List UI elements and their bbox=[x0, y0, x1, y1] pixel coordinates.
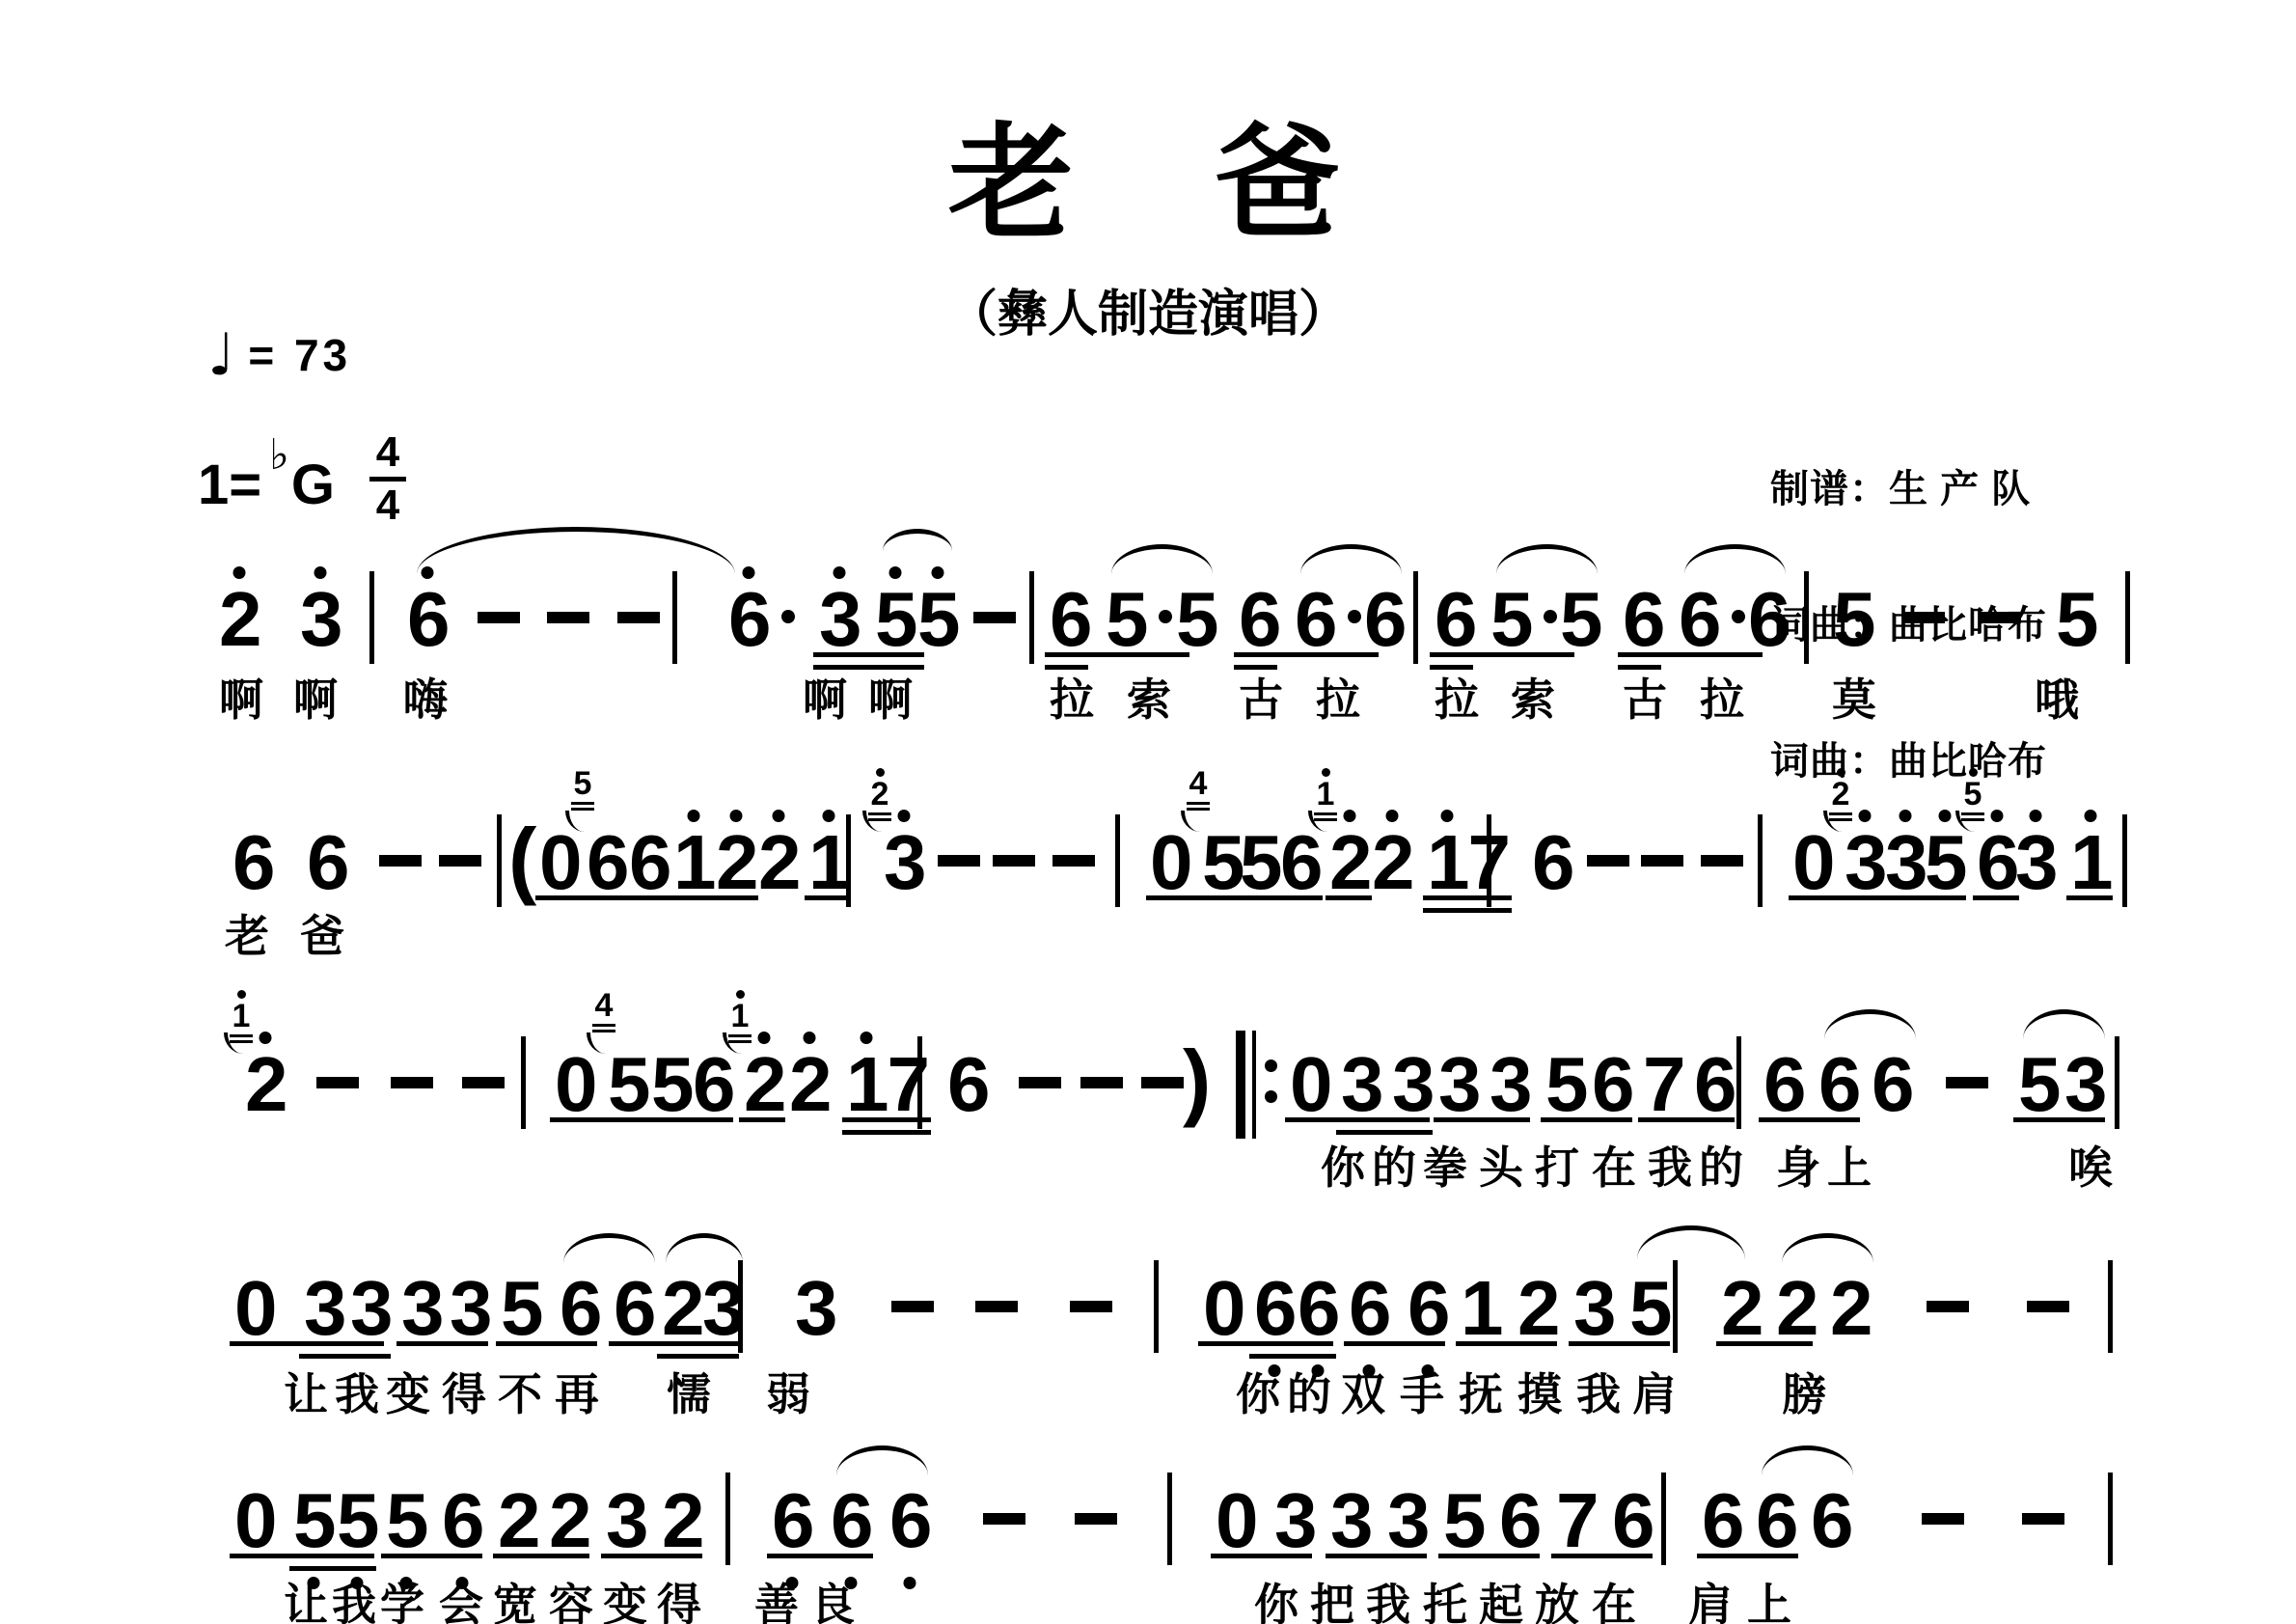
duration-dash bbox=[1070, 1301, 1112, 1312]
duration-dash bbox=[993, 855, 1035, 867]
barline bbox=[738, 1260, 743, 1353]
slur-tie-arc bbox=[836, 1445, 928, 1475]
beam-underline bbox=[1326, 1554, 1427, 1558]
slur-tie-arc bbox=[883, 529, 952, 551]
lyric-syllable: 啊 bbox=[293, 675, 338, 724]
note: 6 bbox=[1050, 581, 1091, 658]
duration-dash bbox=[1075, 1513, 1117, 1525]
note: 2 bbox=[219, 581, 260, 658]
duration-dash bbox=[2022, 1513, 2064, 1525]
duration-dash bbox=[316, 1077, 359, 1088]
beam-underline bbox=[1430, 652, 1574, 657]
lyric-syllable: 头 bbox=[1479, 1143, 1523, 1192]
lyric-syllable: 索 bbox=[1511, 675, 1555, 724]
note: 6 bbox=[1408, 1270, 1449, 1347]
barline bbox=[2122, 814, 2127, 907]
note: 3 bbox=[1573, 1270, 1615, 1347]
note: 6 bbox=[407, 581, 449, 658]
beam-underline bbox=[1438, 1554, 1540, 1558]
note: 1 bbox=[808, 824, 850, 901]
note: 1 bbox=[673, 824, 715, 901]
note: 6 bbox=[1763, 1046, 1805, 1123]
duration-dot bbox=[781, 610, 795, 623]
note: 0 bbox=[1290, 1046, 1331, 1123]
duration-dash bbox=[1080, 1077, 1123, 1088]
octave-dot-high bbox=[2030, 810, 2042, 822]
lyric-syllable: 托 bbox=[1423, 1581, 1467, 1624]
lyric-syllable: 古 bbox=[1239, 675, 1283, 724]
beam-underline bbox=[496, 1341, 597, 1346]
note: 32 bbox=[884, 824, 925, 901]
duration-dash bbox=[973, 612, 1016, 623]
duration-dash bbox=[1922, 1513, 1964, 1525]
octave-dot-high bbox=[834, 566, 846, 579]
beam-underline bbox=[601, 1554, 702, 1558]
beam-underline bbox=[1249, 1354, 1336, 1359]
note: 6 bbox=[560, 1270, 601, 1347]
beam-underline bbox=[1973, 895, 2019, 900]
note: 6 bbox=[1295, 581, 1336, 658]
duration-dash bbox=[983, 1513, 1025, 1525]
note: 3 bbox=[1341, 1046, 1382, 1123]
octave-dot-high bbox=[773, 810, 785, 822]
note: 5 bbox=[1833, 581, 1874, 658]
beam-underline bbox=[2066, 895, 2113, 900]
note: 6 bbox=[1239, 581, 1280, 658]
note: 6 bbox=[772, 1482, 813, 1559]
lyric-syllable: 我 bbox=[1576, 1370, 1621, 1418]
beam-underline bbox=[550, 1117, 646, 1122]
duration-dash bbox=[1587, 855, 1629, 867]
beam-underline bbox=[1045, 665, 1088, 670]
lyric-syllable: 善 bbox=[754, 1581, 799, 1624]
slur-tie-arc bbox=[1824, 1009, 1916, 1039]
note: 2 bbox=[662, 1270, 703, 1347]
note: 6 bbox=[232, 824, 274, 901]
duration-dash bbox=[391, 1077, 433, 1088]
slur-tie-arc bbox=[1762, 1445, 1853, 1475]
beam-underline bbox=[1045, 652, 1189, 657]
note: 3 bbox=[304, 1270, 345, 1347]
barline bbox=[2108, 1260, 2113, 1353]
lyric-syllable: 我 bbox=[1366, 1581, 1410, 1624]
duration-dash bbox=[1141, 1077, 1184, 1088]
slur-tie-arc bbox=[1300, 544, 1402, 574]
barline bbox=[1167, 1473, 1172, 1565]
barline bbox=[846, 814, 851, 907]
lyric-syllable: 上 bbox=[1827, 1143, 1872, 1192]
lyric-syllable: 会 bbox=[439, 1581, 483, 1624]
note: 2 bbox=[1517, 1270, 1559, 1347]
lyric-syllable: 你 bbox=[1236, 1370, 1280, 1418]
duration-dash bbox=[478, 612, 520, 623]
repeat-thick-bar bbox=[1236, 1031, 1245, 1139]
grace-note-number: 2 bbox=[871, 779, 889, 810]
lyric-syllable: 我 bbox=[1648, 1143, 1692, 1192]
lyric-syllable: 拳 bbox=[1423, 1143, 1467, 1192]
barline bbox=[1673, 1260, 1678, 1353]
octave-dot-high bbox=[804, 1032, 816, 1044]
note: 2 bbox=[1372, 824, 1413, 901]
lyric-syllable: 上 bbox=[1747, 1581, 1791, 1624]
note: 6 bbox=[1756, 1482, 1797, 1559]
note: 0 bbox=[1203, 1270, 1244, 1347]
note: 6 bbox=[1702, 1482, 1743, 1559]
beam-underline bbox=[625, 895, 714, 900]
lyric-syllable: 啊 bbox=[219, 675, 263, 724]
slur-tie-arc bbox=[563, 1233, 655, 1263]
note: 6 bbox=[629, 824, 670, 901]
note: 6 bbox=[614, 1270, 655, 1347]
note: 0 bbox=[1150, 824, 1191, 901]
grace-note-number: 4 bbox=[1189, 768, 1208, 799]
lyric-syllable: 嗨 bbox=[403, 675, 448, 724]
beam-underline bbox=[842, 1130, 931, 1135]
note: 6 bbox=[1280, 824, 1322, 901]
lyric-syllable: 啊 bbox=[803, 675, 847, 724]
note: 5 bbox=[1176, 581, 1217, 658]
beam-underline bbox=[1434, 1117, 1530, 1122]
note: 3 bbox=[2064, 1046, 2106, 1123]
octave-dot-low bbox=[904, 1577, 916, 1589]
note: 3 bbox=[819, 581, 861, 658]
note: 21 bbox=[1329, 824, 1371, 901]
octave-dot-high bbox=[260, 1032, 272, 1044]
beam-underline bbox=[1198, 1341, 1333, 1346]
octave-dot-high bbox=[823, 810, 835, 822]
lyric-syllable: 变 bbox=[603, 1581, 647, 1624]
grace-note-number: 5 bbox=[1964, 779, 1982, 810]
note: 5 bbox=[875, 581, 916, 658]
lyric-syllable: 得 bbox=[442, 1370, 486, 1418]
octave-dot-high bbox=[1939, 810, 1952, 822]
lyric-syllable: 爸 bbox=[300, 912, 344, 960]
note: 3 bbox=[300, 581, 342, 658]
octave-dot-high bbox=[233, 566, 246, 579]
note: 3 bbox=[401, 1270, 443, 1347]
duration-dash bbox=[975, 1301, 1018, 1312]
lyric-syllable: 懦 bbox=[667, 1370, 711, 1418]
beam-underline bbox=[1551, 1554, 1653, 1558]
lyric-syllable: 肩 bbox=[1688, 1581, 1733, 1624]
note: 6 bbox=[1254, 1270, 1296, 1347]
note: 6 bbox=[1872, 1046, 1913, 1123]
lyric-syllable: 打 bbox=[1535, 1143, 1579, 1192]
note: 2 bbox=[549, 1482, 590, 1559]
lyric-syllable: 学 bbox=[380, 1581, 424, 1624]
slur-tie-arc bbox=[1111, 544, 1213, 574]
beam-underline bbox=[1430, 665, 1473, 670]
note: 5 bbox=[337, 1482, 378, 1559]
note: 0 bbox=[234, 1270, 276, 1347]
beam-underline bbox=[1716, 1341, 1813, 1346]
slur-tie-arc bbox=[1637, 1225, 1745, 1259]
note: 0 bbox=[555, 1046, 596, 1123]
lyric-syllable: 我 bbox=[332, 1581, 376, 1624]
beam-underline bbox=[1211, 1554, 1312, 1558]
octave-dot-high bbox=[1900, 810, 1912, 822]
barline bbox=[521, 1036, 526, 1129]
grace-note-number: 1 bbox=[1317, 779, 1335, 810]
duration-dot bbox=[1348, 610, 1361, 623]
slur-tie-arc bbox=[1782, 1233, 1873, 1263]
barline bbox=[1029, 571, 1034, 664]
note: 6 bbox=[1818, 1046, 1860, 1123]
grace-beam bbox=[1187, 802, 1210, 805]
octave-dot-high bbox=[314, 566, 327, 579]
lyric-syllable: 把 bbox=[1310, 1581, 1354, 1624]
note: 3 bbox=[1438, 1046, 1480, 1123]
grace-beam bbox=[571, 802, 594, 805]
lyric-syllable: 抚 bbox=[1459, 1370, 1503, 1418]
note: 2 bbox=[789, 1046, 831, 1123]
beam-underline bbox=[1881, 895, 1966, 900]
beam-underline bbox=[813, 652, 924, 657]
lyric-syllable: 得 bbox=[657, 1581, 701, 1624]
note: 6 bbox=[1298, 1270, 1339, 1347]
note: 3 bbox=[1885, 824, 1927, 901]
barline bbox=[1154, 1260, 1159, 1353]
note: 54 bbox=[1202, 824, 1244, 901]
duration-dash bbox=[462, 1077, 505, 1088]
beam-underline bbox=[1618, 665, 1661, 670]
beam-underline bbox=[1423, 895, 1512, 900]
lyric-syllable: 拉 bbox=[1316, 675, 1360, 724]
duration-dash bbox=[547, 612, 589, 623]
note: 6 bbox=[1679, 581, 1720, 658]
barline bbox=[1487, 814, 1491, 907]
note: 2 bbox=[662, 1482, 703, 1559]
lyric-syllable: 的 bbox=[1699, 1143, 1743, 1192]
beam-underline bbox=[535, 895, 627, 900]
repeat-sign bbox=[1236, 1031, 1279, 1139]
lyric-syllable: 的 bbox=[1287, 1370, 1331, 1418]
beam-underline bbox=[230, 1341, 384, 1346]
note: 5 bbox=[1106, 581, 1147, 658]
barline bbox=[725, 1473, 730, 1565]
lyric-syllable: 拉 bbox=[1700, 675, 1744, 724]
note: 6 bbox=[1694, 1046, 1736, 1123]
barline bbox=[1661, 1473, 1666, 1565]
beam-underline bbox=[813, 665, 924, 670]
duration-dot bbox=[1732, 610, 1745, 623]
barline bbox=[1115, 814, 1120, 907]
note: 5 bbox=[1925, 824, 1966, 901]
note: 65 bbox=[1977, 824, 2018, 901]
parenthesis: ( bbox=[508, 816, 536, 901]
lyric-syllable: 拉 bbox=[1435, 675, 1479, 724]
lyric-syllable: 我 bbox=[335, 1370, 379, 1418]
note: 2 bbox=[1776, 1270, 1818, 1347]
octave-dot-high bbox=[758, 1032, 771, 1044]
note: 6 bbox=[1623, 581, 1664, 658]
beam-underline bbox=[2013, 1117, 2105, 1122]
beam-underline bbox=[657, 1354, 739, 1359]
note: 3 bbox=[1490, 1046, 1531, 1123]
note: 3 bbox=[350, 1270, 392, 1347]
repeat-thin-bar bbox=[1252, 1031, 1256, 1139]
lyric-syllable: 索 bbox=[1127, 675, 1171, 724]
beam-underline bbox=[381, 1554, 482, 1558]
note: 1 bbox=[2070, 824, 2112, 901]
slur-tie-arc bbox=[417, 527, 735, 574]
note: 3 bbox=[1274, 1482, 1316, 1559]
beam-underline bbox=[289, 1566, 376, 1571]
note: 5 bbox=[293, 1482, 335, 1559]
note: 21 bbox=[245, 1046, 287, 1123]
note: 6 bbox=[307, 824, 348, 901]
grace-note-number: 1 bbox=[232, 1001, 251, 1032]
beam-underline bbox=[739, 1117, 785, 1122]
duration-dash bbox=[1946, 1077, 1988, 1088]
lyric-syllable: 再 bbox=[555, 1370, 599, 1418]
beam-underline bbox=[1234, 652, 1379, 657]
lyric-syllable: 身 bbox=[1776, 1143, 1820, 1192]
duration-dash bbox=[1902, 612, 1945, 623]
repeat-dot bbox=[1265, 1090, 1277, 1103]
beam-underline bbox=[396, 1341, 488, 1346]
lyric-syllable: 唉 bbox=[2068, 1143, 2113, 1192]
beam-underline bbox=[1285, 1117, 1430, 1122]
beam-underline bbox=[1541, 1117, 1632, 1122]
note: 5 bbox=[1560, 581, 1601, 658]
lyric-syllable: 啊 bbox=[868, 675, 913, 724]
barline bbox=[1736, 1036, 1741, 1129]
note: 6 bbox=[889, 1482, 931, 1559]
lyric-syllable: 弱 bbox=[766, 1370, 810, 1418]
grace-note-number: 2 bbox=[1832, 779, 1850, 810]
note: 6 bbox=[1435, 581, 1476, 658]
beam-underline bbox=[1759, 1117, 1860, 1122]
slur-tie-arc bbox=[1684, 544, 1786, 574]
barline bbox=[2115, 1036, 2119, 1129]
note: 5 bbox=[651, 1046, 693, 1123]
beam-underline bbox=[1789, 895, 1885, 900]
note: 3 bbox=[2015, 824, 2057, 901]
note: 3 bbox=[606, 1482, 647, 1559]
duration-dash bbox=[439, 855, 481, 867]
beam-underline bbox=[1618, 652, 1763, 657]
lyric-syllable: 莫 bbox=[1832, 675, 1876, 724]
note: 6 bbox=[728, 581, 770, 658]
note: 5 bbox=[1545, 1046, 1587, 1123]
beam-underline bbox=[1326, 895, 1372, 900]
note: 6 bbox=[1532, 824, 1573, 901]
barline bbox=[1758, 814, 1763, 907]
grace-curve bbox=[224, 1032, 243, 1054]
grace-note-number: 4 bbox=[595, 990, 614, 1021]
beam-underline bbox=[767, 1554, 873, 1558]
note: 5 bbox=[501, 1270, 542, 1347]
beam-underline bbox=[1146, 895, 1243, 900]
duration-dash bbox=[938, 855, 980, 867]
note: 65 bbox=[587, 824, 628, 901]
lyric-syllable: 在 bbox=[1592, 1581, 1636, 1624]
note: 2 bbox=[716, 824, 757, 901]
duration-dash bbox=[1927, 1301, 1969, 1312]
duration-dash bbox=[2027, 1301, 2069, 1312]
lyric-syllable: 你 bbox=[1254, 1581, 1298, 1624]
note: 3 bbox=[1330, 1482, 1372, 1559]
beam-underline bbox=[1236, 895, 1323, 900]
note: 17 bbox=[846, 1046, 928, 1123]
lyric-syllable: 容 bbox=[549, 1581, 593, 1624]
beam-underline bbox=[230, 1554, 374, 1558]
note: 0 bbox=[1792, 824, 1834, 901]
duration-dash bbox=[1641, 855, 1683, 867]
lyric-syllable: 你 bbox=[1321, 1143, 1365, 1192]
note: 6 bbox=[947, 1046, 989, 1123]
lyric-syllable: 变 bbox=[386, 1370, 430, 1418]
octave-dot-high bbox=[1386, 810, 1399, 822]
octave-dot-high bbox=[1991, 810, 2004, 822]
beam-underline bbox=[646, 1117, 733, 1122]
beam-underline bbox=[1697, 1554, 1798, 1558]
barline bbox=[497, 814, 502, 907]
beam-underline bbox=[299, 1354, 391, 1359]
barline bbox=[917, 1036, 922, 1129]
note: 6 bbox=[1499, 1482, 1541, 1559]
lyric-syllable: 的 bbox=[1372, 1143, 1416, 1192]
grace-note: 5 bbox=[571, 768, 594, 811]
duration-dash bbox=[617, 612, 660, 623]
lyric-syllable: 让 bbox=[284, 1581, 328, 1624]
note: 32 bbox=[1845, 824, 1886, 901]
note: 2 bbox=[1721, 1270, 1763, 1347]
note: 6 bbox=[1349, 1270, 1390, 1347]
beam-underline bbox=[493, 1554, 589, 1558]
note: 3 bbox=[795, 1270, 836, 1347]
slur-tie-arc bbox=[2023, 1009, 2105, 1039]
lyric-syllable: 宽 bbox=[493, 1581, 537, 1624]
lyric-syllable: 放 bbox=[1535, 1581, 1579, 1624]
beam-underline bbox=[1234, 665, 1277, 670]
duration-dash bbox=[379, 855, 422, 867]
octave-dot-high bbox=[743, 566, 755, 579]
lyric-syllable: 哦 bbox=[2035, 675, 2079, 724]
note: 5 bbox=[1490, 581, 1532, 658]
note: 2 bbox=[1830, 1270, 1872, 1347]
note: 17 bbox=[1427, 824, 1509, 901]
note: 21 bbox=[744, 1046, 785, 1123]
beam-underline bbox=[1456, 1341, 1557, 1346]
note: 6 bbox=[442, 1482, 483, 1559]
note: 2 bbox=[758, 824, 800, 901]
lyric-syllable: 古 bbox=[1623, 675, 1667, 724]
duration-dash bbox=[891, 1301, 934, 1312]
octave-dot-high bbox=[1859, 810, 1872, 822]
score: 236635565566665566655啊啊嗨啊啊拉索古拉拉索古拉莫哦66(0… bbox=[0, 0, 2296, 1624]
note: 6 bbox=[1612, 1482, 1654, 1559]
beam-underline bbox=[1344, 1341, 1445, 1346]
beam-underline bbox=[1423, 908, 1512, 913]
octave-dot-high bbox=[1441, 810, 1454, 822]
lyric-syllable: 起 bbox=[1479, 1581, 1523, 1624]
repeat-dot bbox=[1265, 1060, 1277, 1072]
grace-note-number: 5 bbox=[574, 768, 592, 799]
grace-note: 4 bbox=[592, 990, 615, 1032]
note: 6 bbox=[693, 1046, 734, 1123]
lyric-syllable: 在 bbox=[1592, 1143, 1636, 1192]
note: 6 bbox=[1748, 581, 1790, 658]
barline bbox=[1804, 571, 1809, 664]
beam-underline bbox=[805, 895, 851, 900]
lyric-syllable: 膀 bbox=[1782, 1370, 1826, 1418]
note: 5 bbox=[1240, 824, 1281, 901]
note: 7 bbox=[1643, 1046, 1684, 1123]
note: 5 bbox=[2018, 1046, 2060, 1123]
barline bbox=[2125, 571, 2130, 664]
